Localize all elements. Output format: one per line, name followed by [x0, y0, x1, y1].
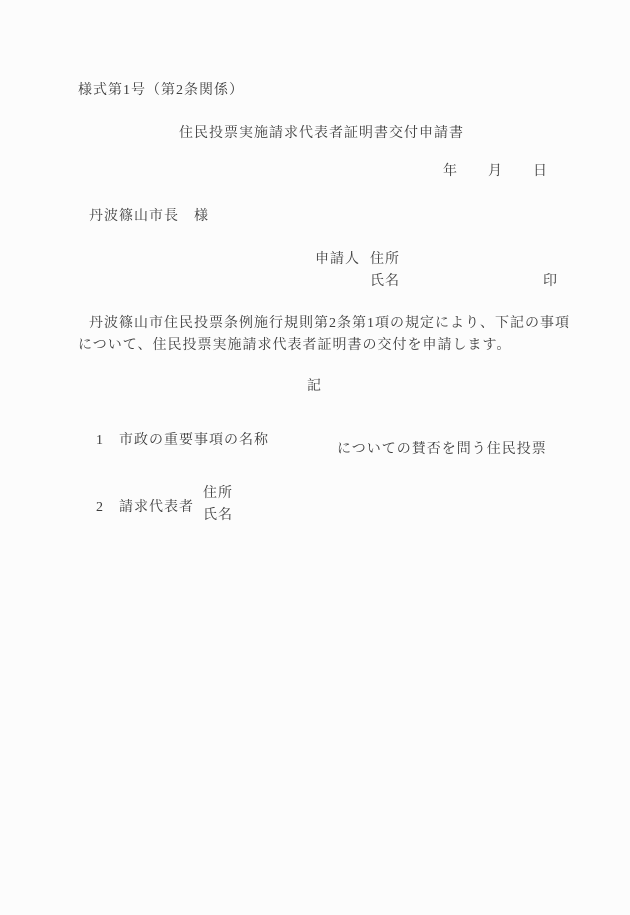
item-1-line: 1市政の重要事項の名称 — [78, 420, 269, 462]
document-title: 住民投票実施請求代表者証明書交付申請書 — [78, 127, 565, 141]
document-page: 様式第1号（第2条関係） 住民投票実施請求代表者証明書交付申請書 年 月 日 丹… — [0, 0, 630, 915]
form-number-label: 様式第1号（第2条関係） — [78, 84, 244, 98]
item-2-label: 請求代表者 — [119, 500, 194, 515]
item-2-name-label: 氏名 — [203, 509, 233, 523]
applicant-address-label: 住所 — [370, 253, 400, 267]
item-2-number: 2 — [96, 500, 104, 515]
item-1-number: 1 — [96, 433, 104, 448]
applicant-name-label: 氏名 — [370, 275, 400, 289]
applicant-label: 申請人 — [315, 253, 360, 267]
item-1-referendum-note: についての賛否を問う住民投票 — [337, 443, 547, 457]
body-paragraph-line-2: について、住民投票実施請求代表者証明書の交付を申請します。 — [78, 339, 511, 353]
date-fill-in-line: 年 月 日 — [443, 165, 548, 179]
record-heading: 記 — [307, 380, 322, 394]
addressee-mayor-line: 丹波篠山市長 様 — [78, 210, 209, 224]
item-1-label: 市政の重要事項の名称 — [119, 433, 269, 448]
item-2-address-label: 住所 — [203, 487, 233, 501]
body-paragraph-line-1: 丹波篠山市住民投票条例施行規則第2条第1項の規定により、下記の事項 — [78, 317, 570, 331]
item-2-line: 2請求代表者 — [78, 487, 194, 529]
seal-placeholder-label: 印 — [543, 275, 558, 289]
